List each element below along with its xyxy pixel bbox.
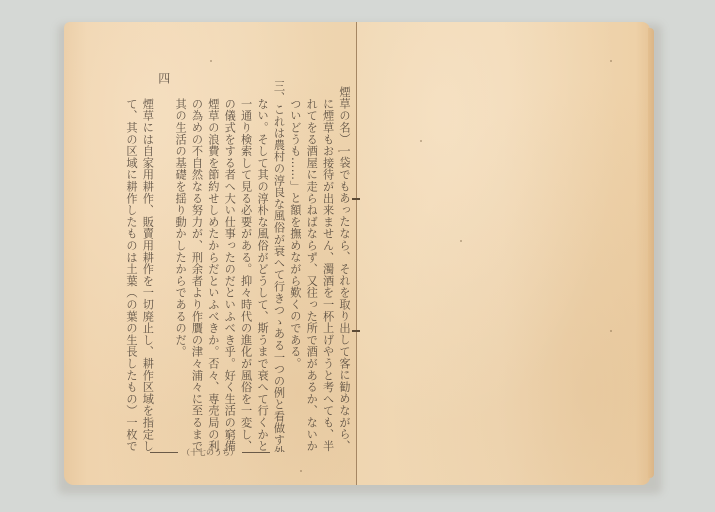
staple-top [352, 198, 360, 200]
handwritten-text-block: 煙草の名）一袋でもあったなら、それを取り出して客に勧めながら、「日本は男子様 に… [120, 72, 352, 452]
footer-dash-right [242, 452, 270, 453]
paper-speck [610, 60, 612, 62]
text-column-9: 煙草の浪費を節約せしめたからだといふべきか。否々、専売局の利益増進策 [204, 72, 220, 452]
footer-dash-left [150, 452, 178, 453]
scan-scene: 煙草の名）一袋でもあったなら、それを取り出して客に勧めながら、「日本は男子様 に… [0, 0, 715, 512]
text-column-11: 其の生活の基礎を揺り動かしたからであるのだ。 [172, 72, 188, 452]
right-page-blank [356, 22, 650, 485]
book-spine-fold [356, 22, 357, 485]
text-column-6: ない。そして其の淳朴な風俗がどうして、斯うまで衰へて行くかといふことについて、 [254, 72, 270, 452]
paper-speck [210, 60, 212, 62]
paper-speck [338, 150, 340, 152]
page-footer: （十七のうち） [150, 447, 270, 458]
text-column-14: て、其の区域に耕作したものは土葉（の葉の生長したもの）一枚でも残ら [123, 72, 139, 452]
text-column-3: れてをる酒屋に走らねばならず、又往った所で酒があるか、ないかも分りませんので、 [303, 72, 319, 452]
paper-speck [420, 140, 422, 142]
staple-bottom [352, 330, 360, 332]
text-column-2: に煙草もお接待が出来ません、濁酒を一杯上げやうと考へても、半里も一里も離 [319, 72, 335, 452]
text-column-5: 三、これは農村の淳良な風俗が衰へて行きつゝある一つの例と看做す外は [270, 72, 286, 452]
section-number-four: 四 [155, 72, 171, 452]
text-column-7: 一通り検索して見る必要がある。抑々時代の進化が風俗を一変し、お客接待 [237, 72, 253, 452]
page-number-label: （十七のうち） [182, 447, 238, 458]
paper-speck [610, 330, 612, 332]
text-column-1: 煙草の名）一袋でもあったなら、それを取り出して客に勧めながら、「日本は男子様 [336, 72, 352, 452]
text-column-8: の儀式をする者へ大い仕事ったのだといふべき乎。好く生活の窮備が、無益な酒の [221, 72, 237, 452]
text-column-4: ついどうも……」と額を撫めながら歎くのである。 [286, 72, 302, 452]
text-column-10: の為めの不自然なる努力が、刑余者より作贋の津々浦々に至るまでも浸入して、 [188, 72, 204, 452]
paper-speck [300, 470, 302, 472]
page-edge-stack [648, 28, 654, 478]
paper-speck [460, 240, 462, 242]
text-column-13: 煙草には自家用耕作、販賣用耕作を一切廃止し、耕作区域を指定し [139, 72, 155, 452]
